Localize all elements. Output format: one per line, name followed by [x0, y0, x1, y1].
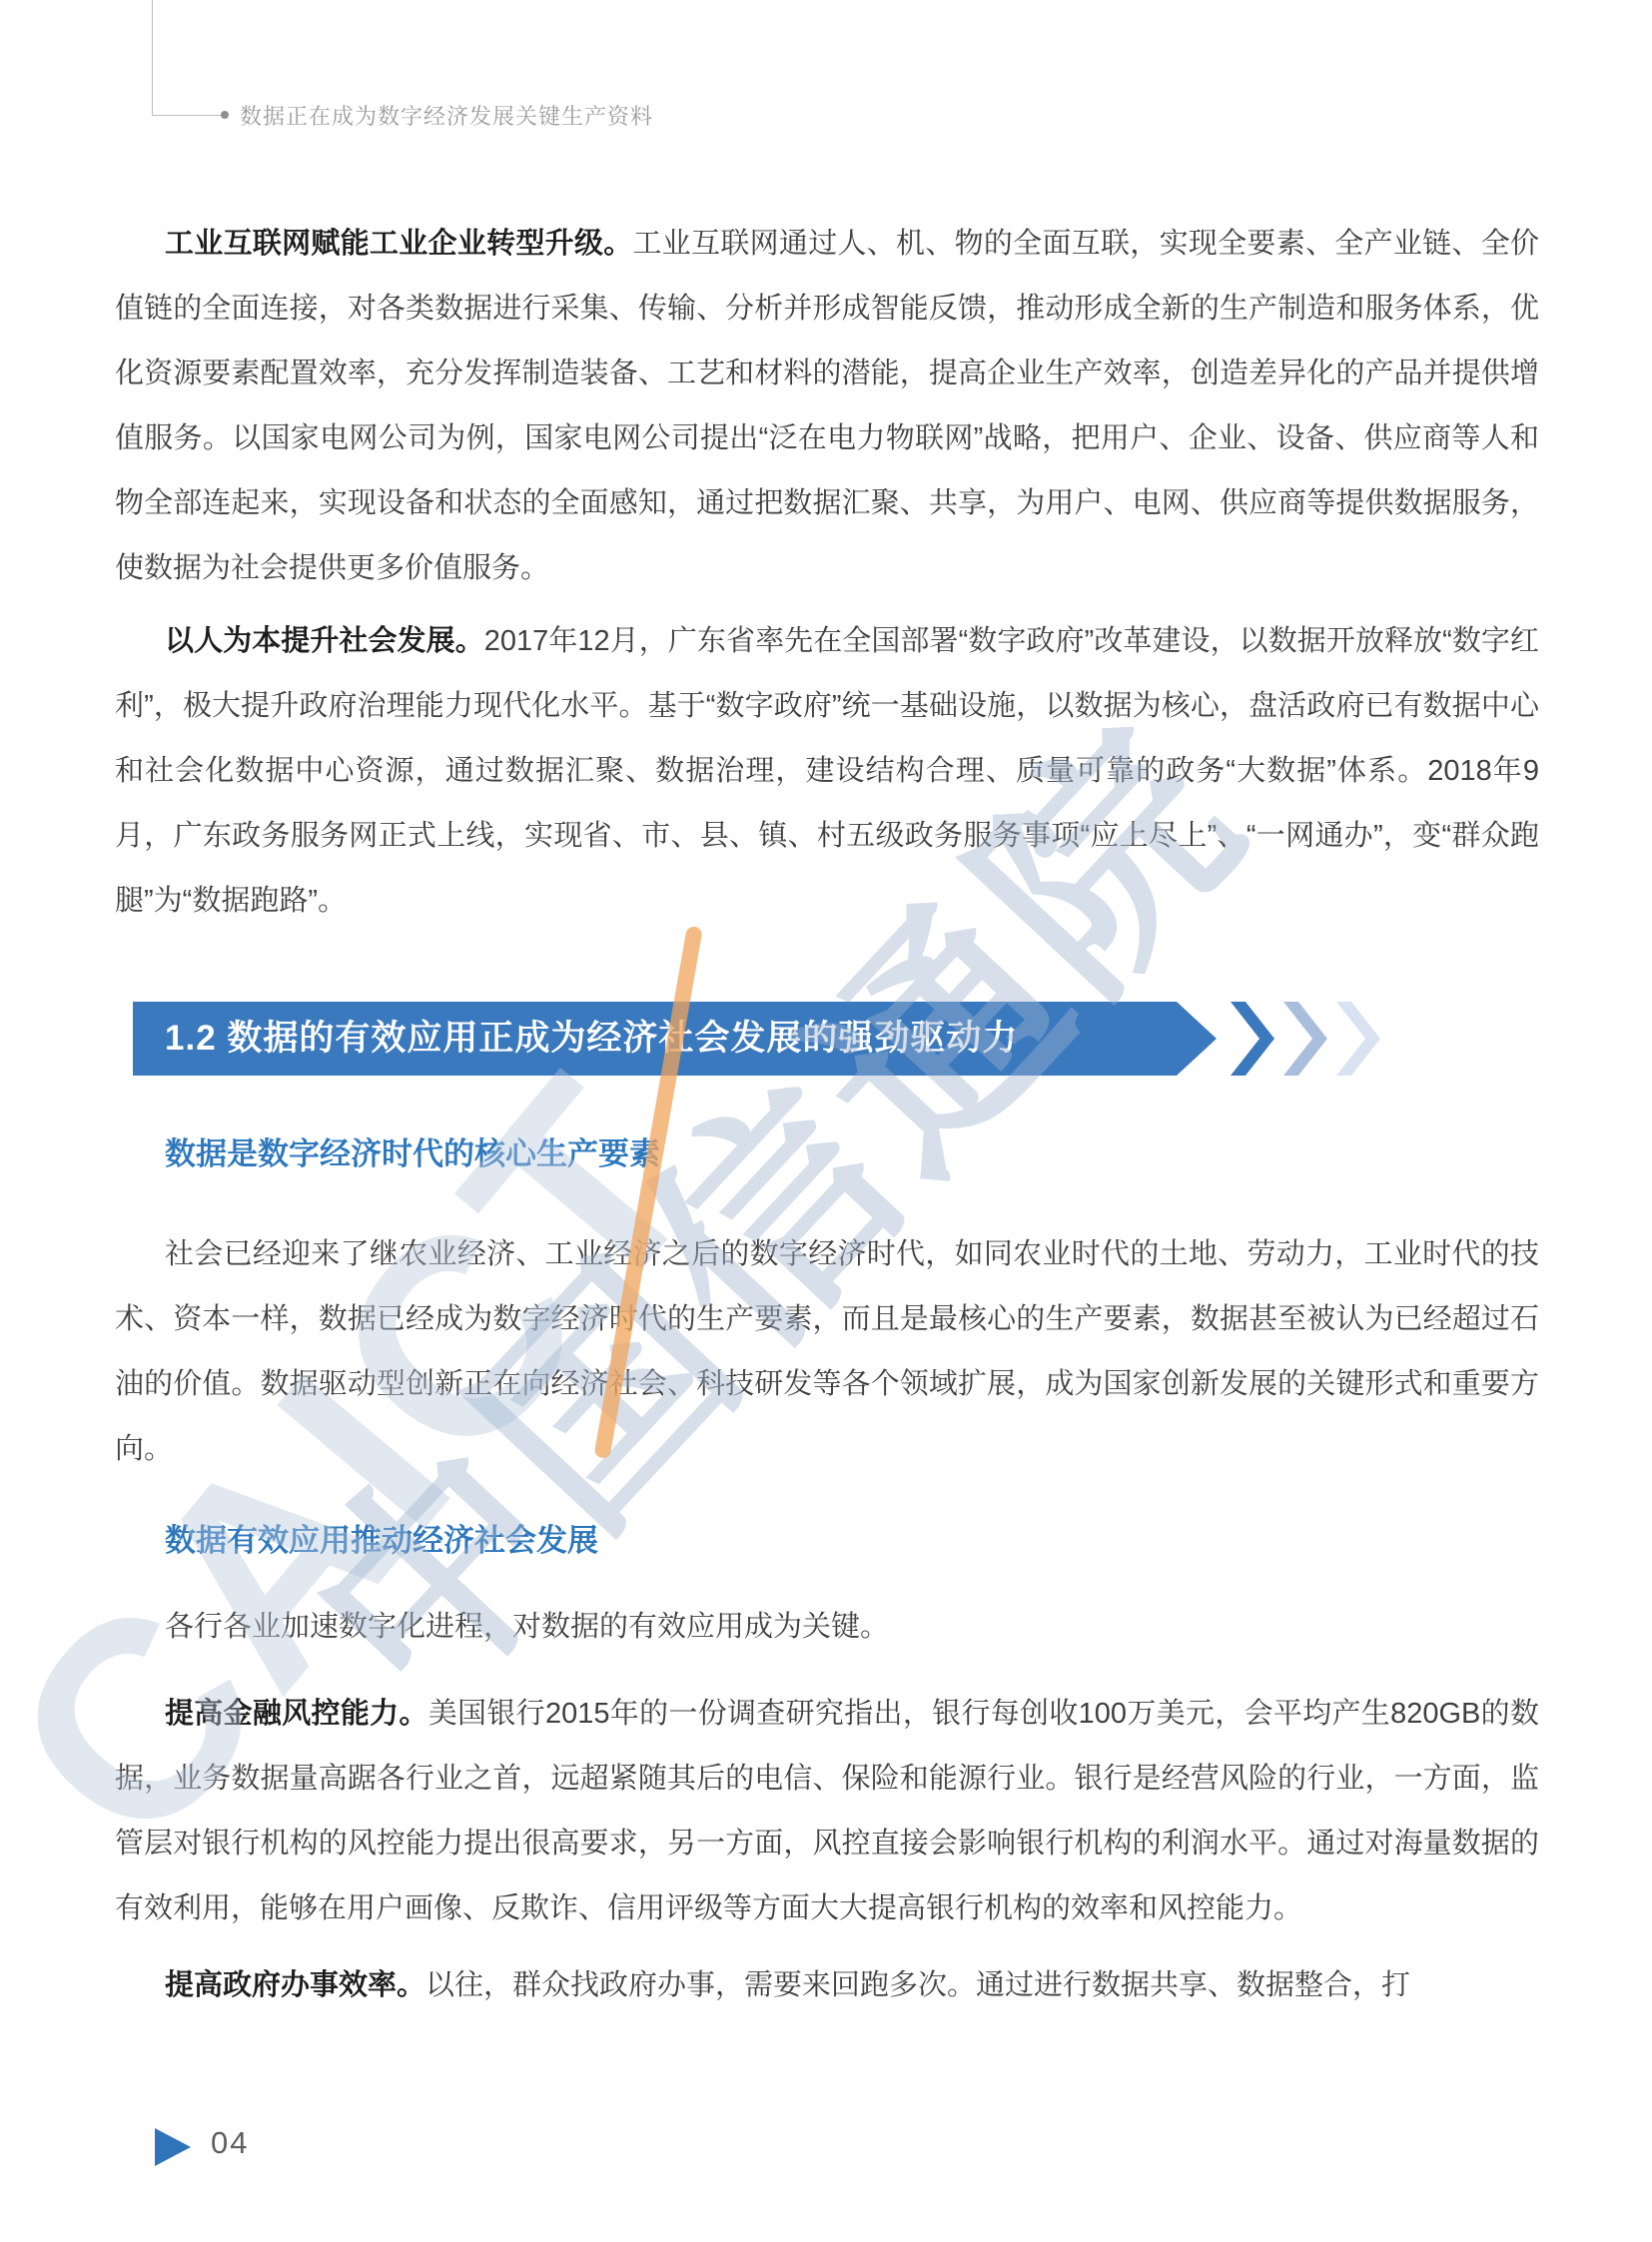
chevron-right-icon: [1283, 1002, 1327, 1076]
running-header-title: 数据正在成为数字经济发展关键生产资料: [240, 100, 653, 131]
paragraph-text: 各行各业加速数字化进程，对数据的有效应用成为关键。: [165, 1611, 889, 1643]
paragraph-text: 2017年12月，广东省率先在全国部署“数字政府”改革建设，以数据开放释放“数字…: [115, 625, 1539, 917]
header-bullet-dot: [221, 111, 229, 119]
paragraph-text: 社会已经迎来了继农业经济、工业经济之后的数字经济时代，如同农业时代的土地、劳动力…: [115, 1238, 1539, 1465]
section-banner-bar: 1.2 数据的有效应用正成为经济社会发展的强劲驱动力: [133, 1002, 1217, 1076]
page-number: 04: [211, 2125, 249, 2161]
page-content: 工业互联网赋能工业企业转型升级。工业互联网通过人、机、物的全面互联，实现全要素、…: [115, 212, 1539, 2026]
paragraph-financial-risk-control: 提高金融风控能力。美国银行2015年的一份调查研究指出，银行每创收100万美元，…: [115, 1682, 1539, 1941]
section-banner: 1.2 数据的有效应用正成为经济社会发展的强劲驱动力: [133, 1002, 1539, 1076]
paragraph-text: 美国银行2015年的一份调查研究指出，银行每创收100万美元，会平均产生820G…: [115, 1698, 1539, 1924]
paragraph-digital-economy-era: 社会已经迎来了继农业经济、工业经济之后的数字经济时代，如同农业时代的土地、劳动力…: [115, 1222, 1539, 1482]
section-banner-title: 1.2 数据的有效应用正成为经济社会发展的强劲驱动力: [133, 1002, 1018, 1076]
paragraph-industrial-internet: 工业互联网赋能工业企业转型升级。工业互联网通过人、机、物的全面互联，实现全要素、…: [115, 212, 1539, 601]
subsection-heading-core-production-factor: 数据是数字经济时代的核心生产要素: [165, 1135, 1539, 1172]
chevron-right-icon: [1231, 1002, 1274, 1076]
document-page: 数据正在成为数字经济发展关键生产资料 工业互联网赋能工业企业转型升级。工业互联网…: [0, 0, 1652, 2242]
paragraph-people-oriented: 以人为本提升社会发展。2017年12月，广东省率先在全国部署“数字政府”改革建设…: [115, 609, 1539, 934]
paragraph-text: 以往，群众找政府办事，需要来回跑多次。通过进行数据共享、数据整合，打: [425, 1969, 1410, 2001]
paragraph-lead: 提高政府办事效率。: [165, 1969, 425, 2001]
paragraph-government-efficiency: 提高政府办事效率。以往，群众找政府办事，需要来回跑多次。通过进行数据共享、数据整…: [115, 1953, 1539, 2018]
paragraph-lead: 提高金融风控能力。: [165, 1698, 428, 1730]
corner-rule-line: [152, 0, 225, 116]
paragraph-digitalization-intro: 各行各业加速数字化进程，对数据的有效应用成为关键。: [115, 1595, 1539, 1660]
chevron-right-icon: [1336, 1002, 1380, 1076]
paragraph-lead: 以人为本提升社会发展。: [165, 625, 484, 657]
paragraph-lead: 工业互联网赋能工业企业转型升级。: [165, 228, 633, 260]
subsection-heading-effective-application: 数据有效应用推动经济社会发展: [165, 1522, 1539, 1559]
page-number-triangle-icon: [155, 2128, 191, 2166]
paragraph-text: 工业互联网通过人、机、物的全面互联，实现全要素、全产业链、全价值链的全面连接，对…: [115, 228, 1539, 584]
